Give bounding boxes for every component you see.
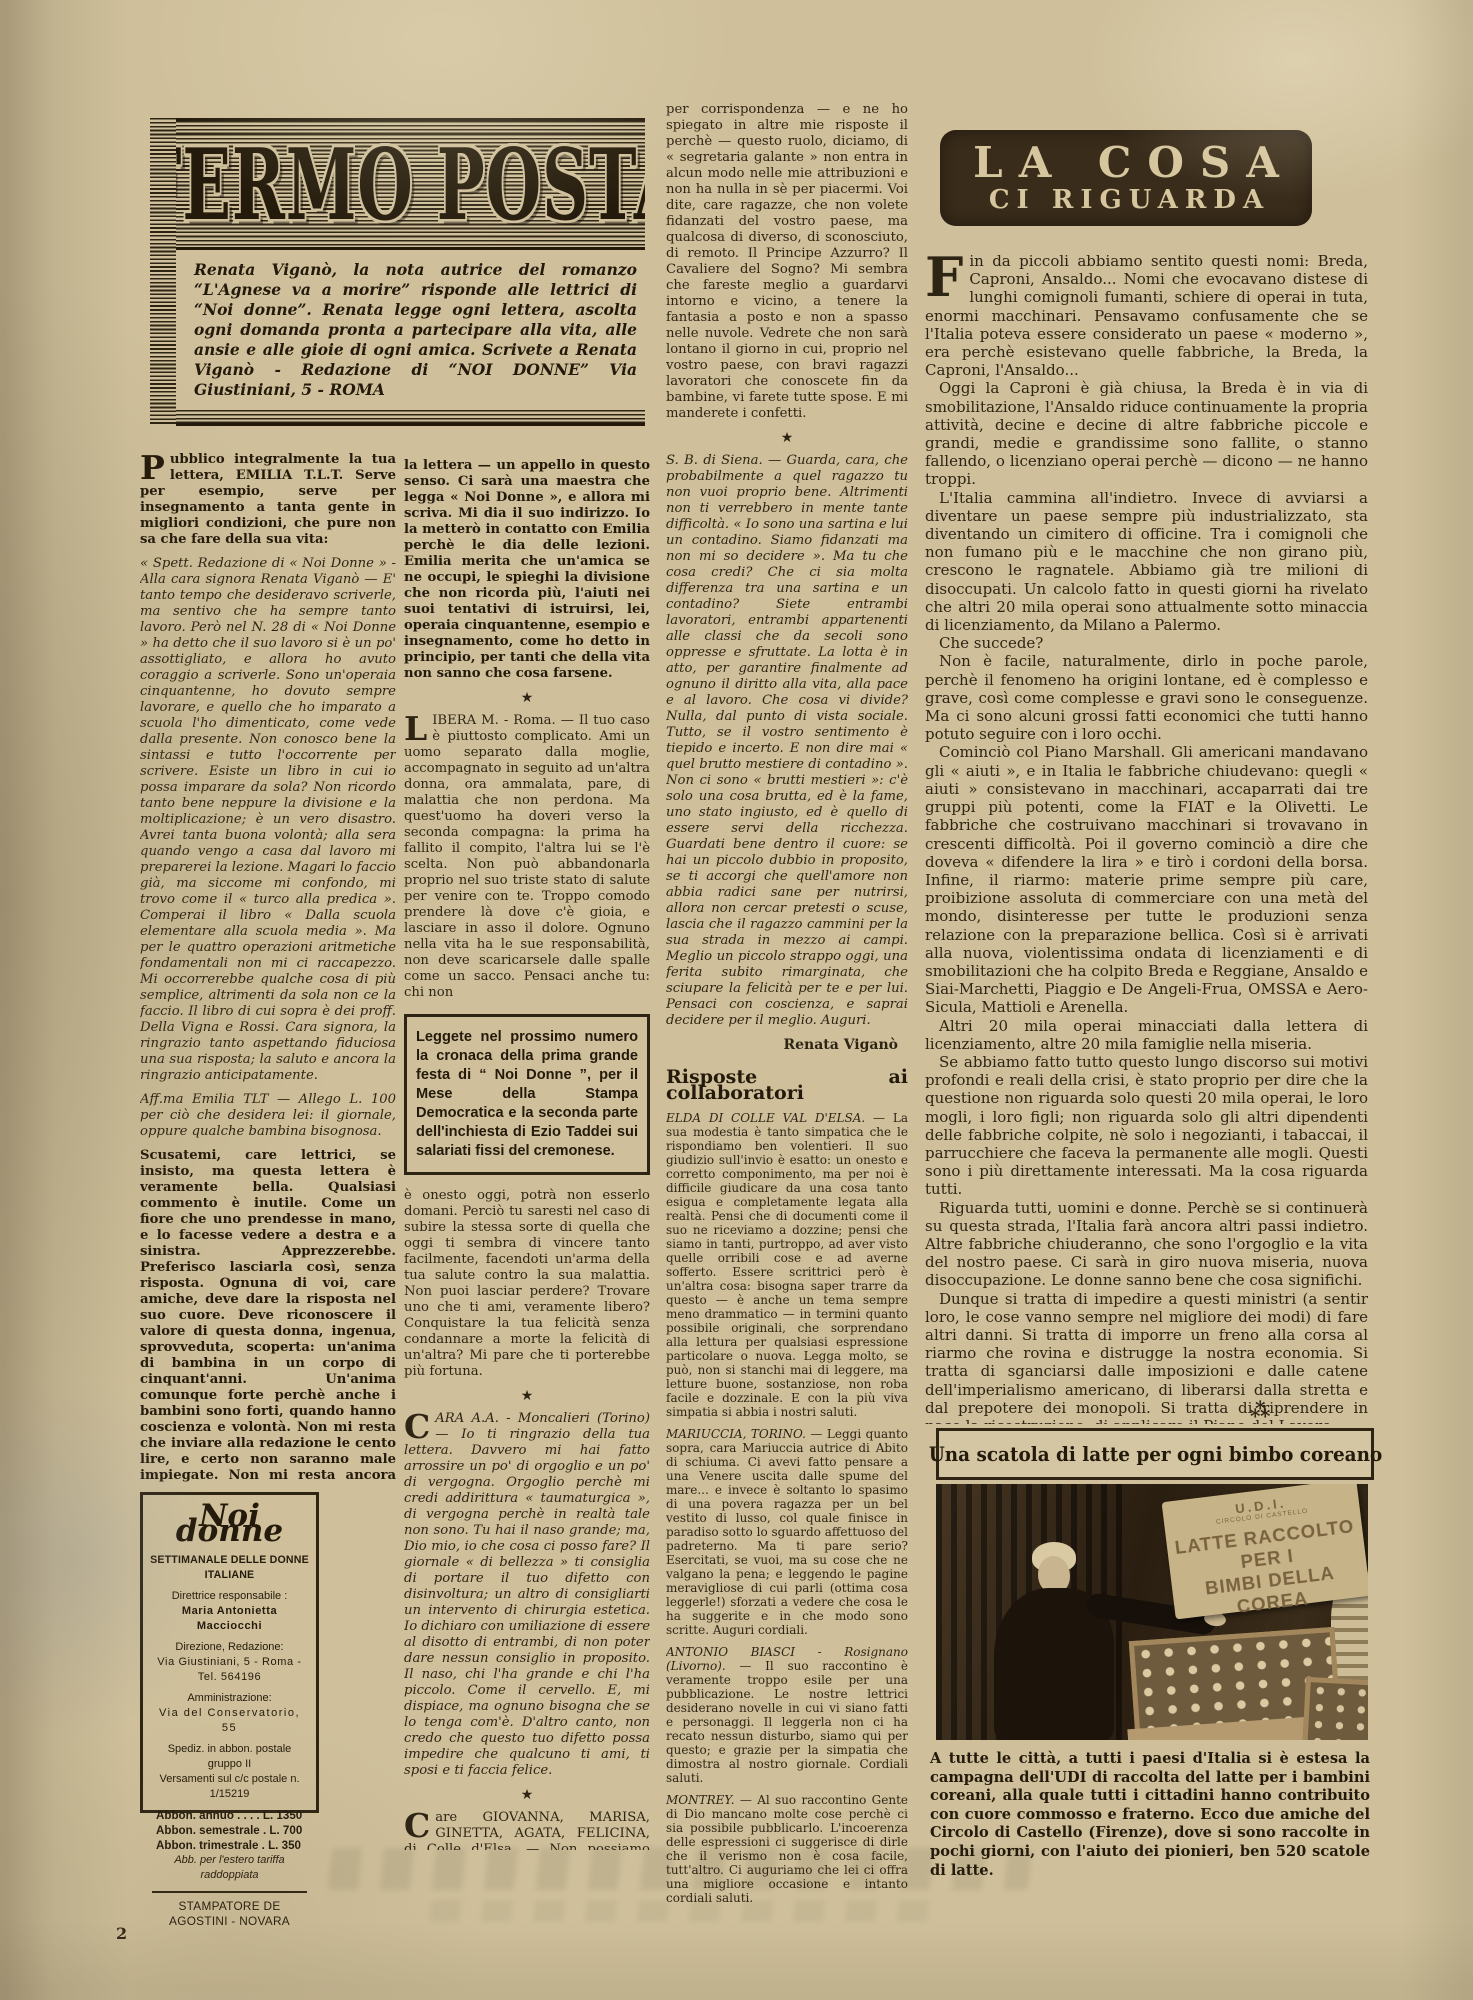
article-paragraph: Altri 20 mila operai minacciati dalla le…: [925, 1017, 1368, 1053]
noi-donne-masthead-box: Noi donne SETTIMANALE DELLE DONNE ITALIA…: [140, 1492, 319, 1813]
collaborator-reply-mariuccia: MARIUCCIA, TORINO. — Leggi quanto sopra,…: [666, 1427, 908, 1637]
dropcap: L: [404, 713, 432, 743]
star-divider-icon: ★: [404, 1787, 650, 1803]
postal-account-note: Versamenti sul c/c postale n. 1/15219: [150, 1772, 309, 1802]
article-paragraph: Che succede?: [925, 634, 1368, 652]
la-redazione-signature: LA REDAZIONE: [666, 1913, 900, 1914]
asterism-end-mark: ⁂: [1250, 1398, 1270, 1422]
vigano-comment: Scusatemi, care lettrici, se insisto, ma…: [140, 1148, 396, 1484]
editorial-label: Direzione, Redazione:: [150, 1640, 309, 1655]
udi-banner: U.D.I. CIRCOLO DI CASTELLO LATTE RACCOLT…: [1162, 1484, 1368, 1620]
article-paragraph: L'Italia cammina all'indietro. Invece di…: [925, 489, 1368, 635]
subscription-quarter: Abbon. trimestrale . L. 350: [150, 1838, 309, 1853]
milk-collection-photo: U.D.I. CIRCOLO DI CASTELLO LATTE RACCOLT…: [936, 1484, 1368, 1740]
article-paragraph: Riguarda tutti, uomini e donne. Perchè s…: [925, 1199, 1368, 1290]
renata-vigano-signature: Renata Viganò: [666, 1037, 898, 1053]
next-issue-notice-box: Leggete nel prossimo numero la cronaca d…: [404, 1014, 650, 1175]
milk-article-title-box: Una scatola di latte per ogni bimbo core…: [936, 1428, 1374, 1480]
masthead-title-zone: FERMO POSTA: [176, 134, 645, 236]
collaborator-reply-biasci: ANTONIO BIASCI - Rosignano (Livorno). — …: [666, 1645, 908, 1785]
article-paragraph: Cominciò col Piano Marshall. Gli america…: [925, 743, 1368, 1016]
libera-reply-continuation: è onesto oggi, potrà non esserlo domani.…: [404, 1188, 650, 1380]
giovanna-reply-continuation: per corrispondenza — e ne ho spiegato in…: [666, 102, 908, 422]
dropcap: C: [404, 1411, 435, 1441]
editorial-address: Via Giustiniani, 5 - Roma - Tel. 564196: [150, 1655, 309, 1685]
la-cosa-title-box: LA COSA CI RIGUARDA: [940, 130, 1312, 226]
article-paragraph: Non è facile, naturalmente, dirlo in poc…: [925, 652, 1368, 743]
divider-rule: [152, 1891, 307, 1893]
postal-shipping-note: Spediz. in abbon. postale gruppo II: [150, 1742, 309, 1772]
director-name: Maria Antonietta Macciocchi: [150, 1604, 309, 1634]
noi-donne-logo: Noi donne: [150, 1509, 309, 1539]
emilia-letter: « Spett. Redazione di « Noi Donne » - Al…: [140, 556, 396, 1084]
article-paragraph: Se abbiamo fatto tutto questo lungo disc…: [925, 1053, 1368, 1199]
fermo-posta-intro: Renata Viganò, la nota autrice del roman…: [176, 250, 645, 410]
fermo-posta-masthead: FERMO POSTA Renata Viganò, la nota autri…: [150, 118, 645, 426]
star-divider-icon: ★: [404, 1388, 650, 1404]
libera-reply: LIBERA M. - Roma. — Il tuo caso è piutto…: [404, 713, 650, 1001]
reader-letter-lead: Pubblico integralmente la tua lettera, E…: [140, 452, 396, 548]
fermo-posta-column-3: per corrispondenza — e ne ho spiegato in…: [666, 102, 908, 1914]
subscription-abroad-note: Abb. per l'estero tariffa raddoppiata: [150, 1853, 309, 1883]
giovanna-reply: Care GIOVANNA, MARISA, GINETTA, AGATA, F…: [404, 1810, 650, 1850]
subscription-annual: Abbon. annuo . . . . L. 1350: [150, 1808, 309, 1823]
milk-can-crate: [1302, 1677, 1368, 1740]
collaborator-reply-montrey: MONTREY. — Al suo raccontino Gente di Di…: [666, 1793, 908, 1905]
page-number: 2: [116, 1924, 127, 1943]
article-paragraph: Fin da piccoli abbiamo sentito questi no…: [925, 252, 1368, 379]
emilia-letter-signature: Aff.ma Emilia TLT — Allego L. 100 per ci…: [140, 1092, 396, 1140]
la-cosa-title-line2: CI RIGUARDA: [982, 185, 1270, 215]
dropcap: F: [925, 252, 969, 299]
la-cosa-title-line1: LA COSA: [957, 141, 1295, 185]
masthead-rule: [176, 121, 645, 134]
fermo-posta-title: FERMO POSTA: [176, 136, 645, 235]
milk-article-title: Una scatola di latte per ogni bimbo core…: [928, 1442, 1382, 1466]
weekly-subtitle: SETTIMANALE DELLE DONNE ITALIANE: [150, 1553, 309, 1583]
cara-aa-reply: CARA A.A. - Moncalieri (Torino) — Io ti …: [404, 1411, 650, 1779]
fermo-posta-column-2: la lettera — un appello in questo senso.…: [404, 458, 650, 1850]
risposte-collaboratori-heading: Risposte ai collaboratori: [666, 1069, 908, 1101]
administration-address: Via del Conservatorio, 55: [150, 1706, 309, 1736]
dropcap: P: [140, 452, 170, 482]
dropcap: C: [404, 1810, 435, 1840]
vigano-comment-continuation: la lettera — un appello in questo senso.…: [404, 458, 650, 682]
masthead-rule: [176, 236, 645, 250]
article-paragraph: Dunque si tratta di impedire a questi mi…: [925, 1290, 1368, 1424]
masthead-rule: [176, 410, 645, 423]
printer-credit: STAMPATORE DE AGOSTINI - NOVARA: [150, 1899, 309, 1929]
magazine-page-scan: { "colors":{"paper":"#cfc09b","ink":"#2e…: [0, 0, 1473, 2000]
masthead-striped-bar: [150, 118, 176, 426]
star-divider-icon: ★: [666, 430, 908, 446]
subscription-semester: Abbon. semestrale . L. 700: [150, 1823, 309, 1838]
milk-photo-caption: A tutte le città, a tutti i paesi d'Ital…: [930, 1750, 1370, 1880]
collaborator-reply-elda: ELDA DI COLLE VAL D'ELSA. — La sua modes…: [666, 1111, 908, 1419]
director-label: Direttrice responsabile :: [150, 1589, 309, 1604]
administration-label: Amministrazione:: [150, 1691, 309, 1706]
fermo-posta-column-1: Pubblico integralmente la tua lettera, E…: [140, 452, 396, 1484]
article-paragraph: Oggi la Caproni è già chiusa, la Breda è…: [925, 379, 1368, 488]
star-divider-icon: ★: [404, 690, 650, 706]
siena-reply: S. B. di Siena. — Guarda, cara, che prob…: [666, 453, 908, 1029]
la-cosa-article-body: Fin da piccoli abbiamo sentito questi no…: [925, 252, 1368, 1424]
